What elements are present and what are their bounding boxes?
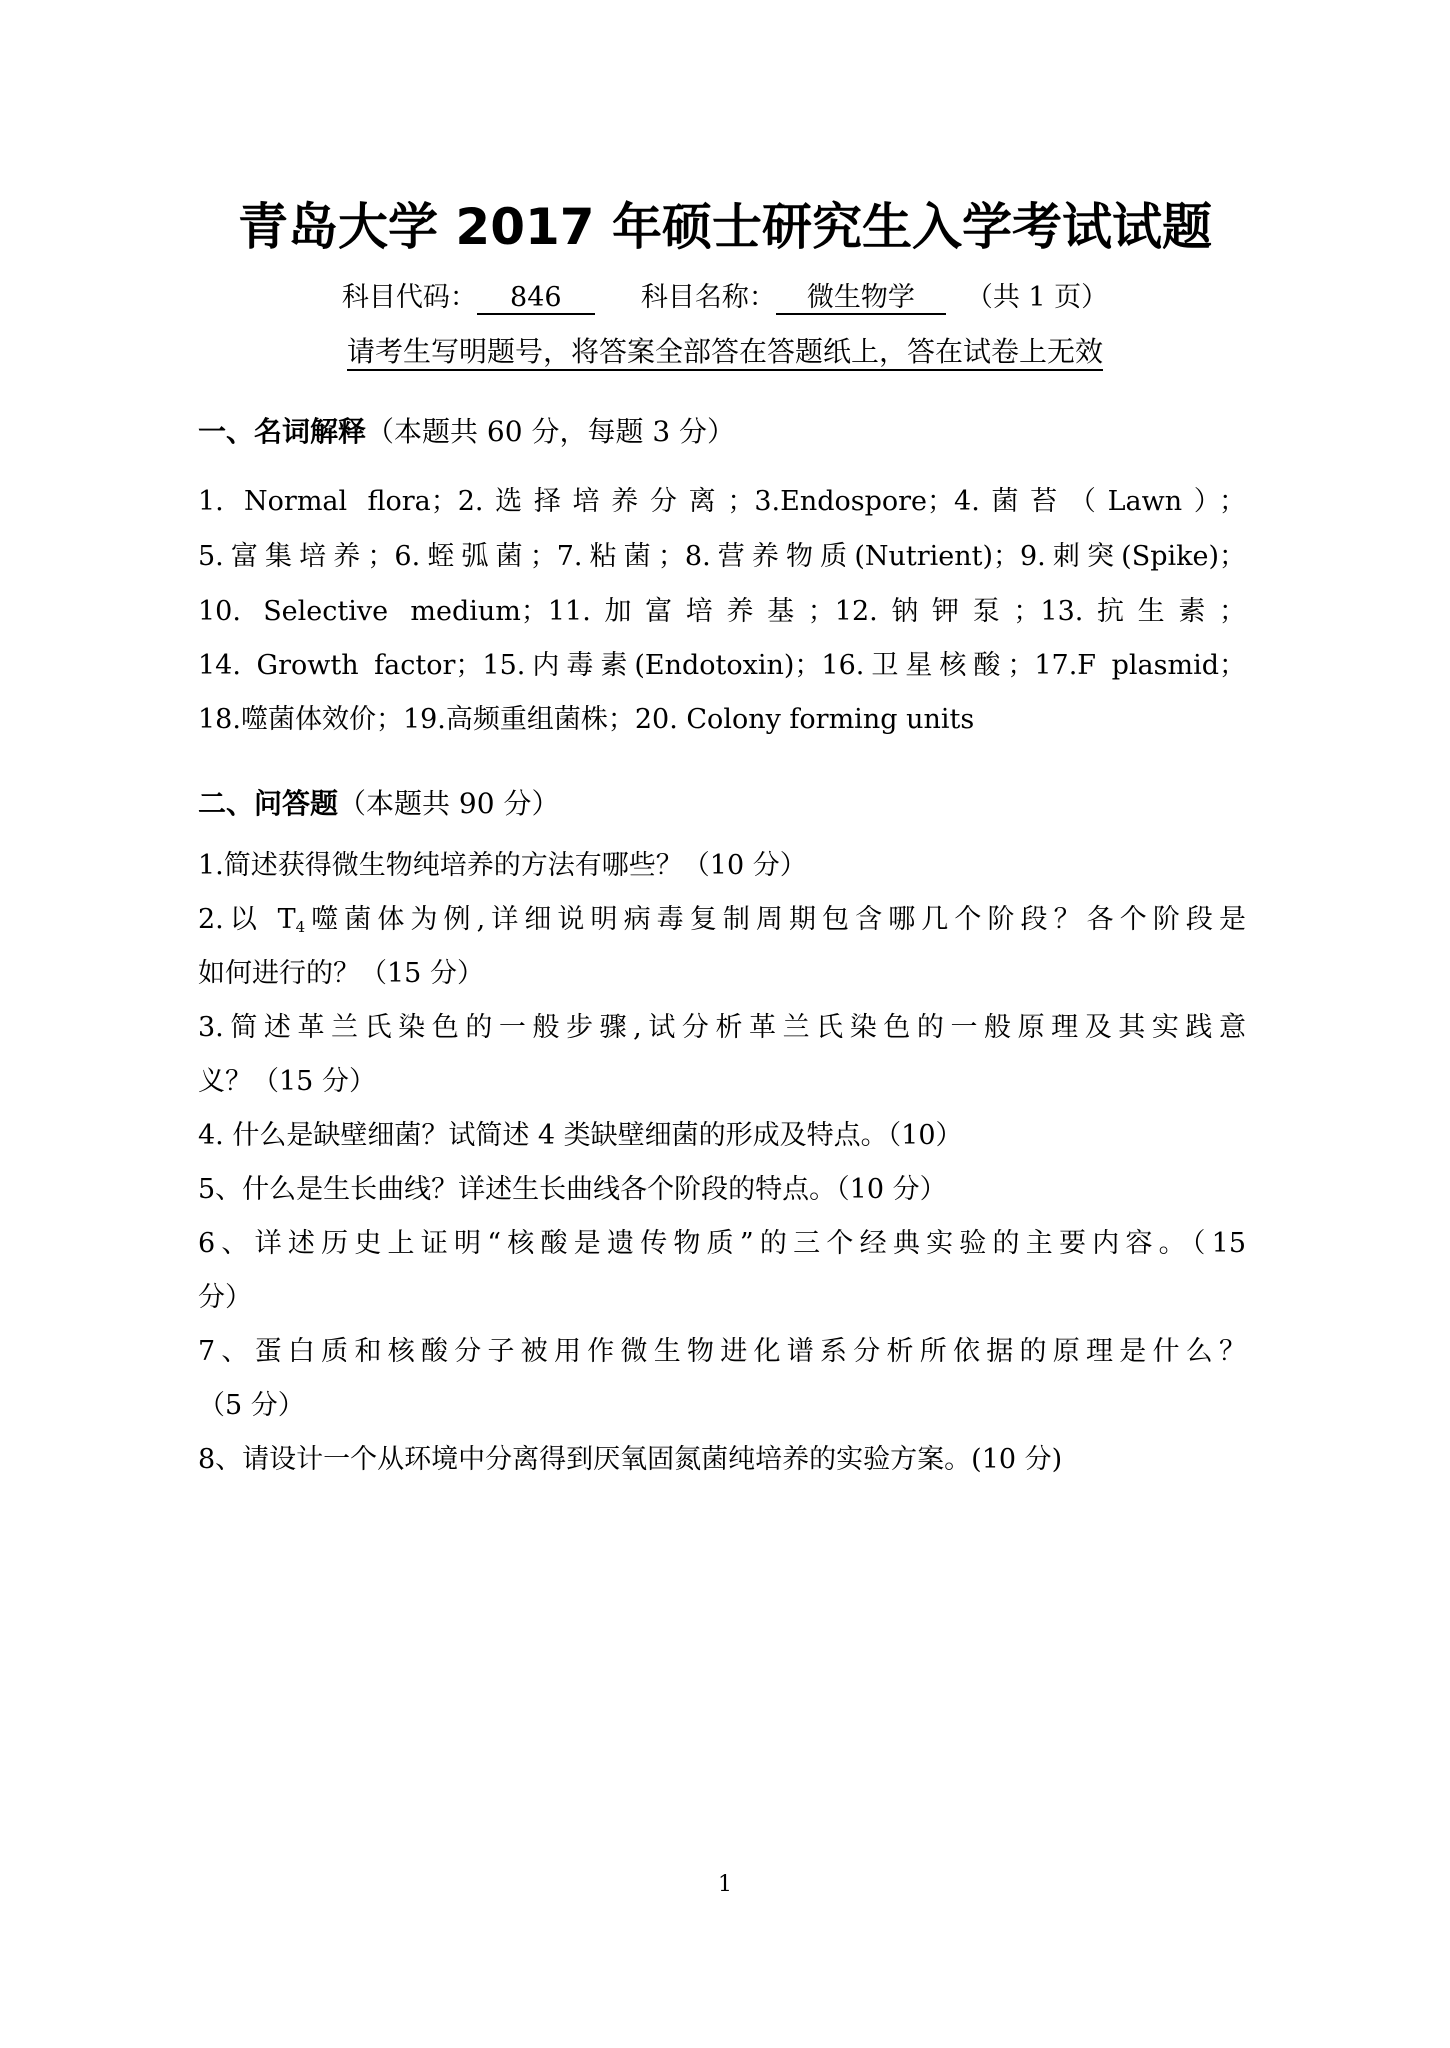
question-7-line-2: （5 分） [198, 1386, 1246, 1426]
question-2-line-2: 如何进行的？（15 分） [198, 954, 1246, 994]
section1-title: 一、名词解释 [198, 415, 366, 448]
question-2-subscript: 4 [296, 918, 306, 936]
question-5: 5、什么是生长曲线？详述生长曲线各个阶段的特点。（10 分） [198, 1170, 1246, 1210]
subject-code-label: 科目代码： [342, 282, 477, 313]
question-3-line-1: 3.简述革兰氏染色的一般步骤,试分析革兰氏染色的一般原理及其实践意 [198, 1008, 1246, 1048]
subject-name-label: 科目名称： [641, 282, 776, 313]
question-2-text: 噬菌体为例,详细说明病毒复制周期包含哪几个阶段？各个阶段是 [305, 904, 1246, 935]
subject-info-line: 科目代码：846科目名称：微生物学（共 1 页） [0, 276, 1450, 320]
section1-line-3: 10. Selective medium；11.加富培养基；12.钠钾泵；13.… [198, 592, 1246, 632]
question-3-line-2: 义？（15 分） [198, 1062, 1246, 1102]
question-1: 1.简述获得微生物纯培养的方法有哪些？（10 分） [198, 846, 1246, 886]
question-4: 4. 什么是缺壁细菌？试简述 4 类缺壁细菌的形成及特点。（10） [198, 1116, 1246, 1156]
section1-line-4: 14. Growth factor；15.内毒素(Endotoxin)；16.卫… [198, 646, 1246, 686]
section1-line-5: 18.噬菌体效价；19.高频重组菌株；20. Colony forming un… [198, 700, 1246, 740]
exam-title: 青岛大学 2017 年硕士研究生入学考试试题 [0, 196, 1450, 258]
section1-line-1: 1. Normal flora；2.选择培养分离；3.Endospore；4.菌… [198, 482, 1246, 522]
section1-line-2: 5.富集培养；6.蛭弧菌；7.粘菌；8.营养物质(Nutrient)；9.刺突(… [198, 537, 1246, 577]
section1-heading: 一、名词解释（本题共 60 分，每题 3 分） [198, 412, 735, 452]
exam-page: 青岛大学 2017 年硕士研究生入学考试试题 科目代码：846科目名称：微生物学… [0, 0, 1450, 2048]
question-7-line-1: 7、蛋白质和核酸分子被用作微生物进化谱系分析所依据的原理是什么？ [198, 1332, 1246, 1372]
question-2-prefix: 2.以 T [198, 904, 296, 935]
instruction-text: 请考生写明题号，将答案全部答在答题纸上，答在试卷上无效 [347, 335, 1103, 371]
question-6-line-2: 分） [198, 1278, 1246, 1318]
section1-note: （本题共 60 分，每题 3 分） [366, 415, 735, 448]
section2-heading: 二、问答题（本题共 90 分） [198, 784, 559, 824]
question-2-line-1: 2.以 T4噬菌体为例,详细说明病毒复制周期包含哪几个阶段？各个阶段是 [198, 900, 1246, 940]
page-number: 1 [0, 1870, 1450, 1900]
question-8: 8、请设计一个从环境中分离得到厌氧固氮菌纯培养的实验方案。(10 分) [198, 1440, 1246, 1480]
question-6-line-1: 6、详述历史上证明“核酸是遗传物质”的三个经典实验的主要内容。（15 [198, 1224, 1246, 1264]
exam-instruction: 请考生写明题号，将答案全部答在答题纸上，答在试卷上无效 [0, 330, 1450, 374]
section2-title: 二、问答题 [198, 787, 338, 820]
page-count-note: （共 1 页） [966, 282, 1108, 313]
subject-name-value: 微生物学 [776, 283, 946, 315]
subject-code-value: 846 [477, 283, 595, 315]
section2-note: （本题共 90 分） [338, 787, 559, 820]
